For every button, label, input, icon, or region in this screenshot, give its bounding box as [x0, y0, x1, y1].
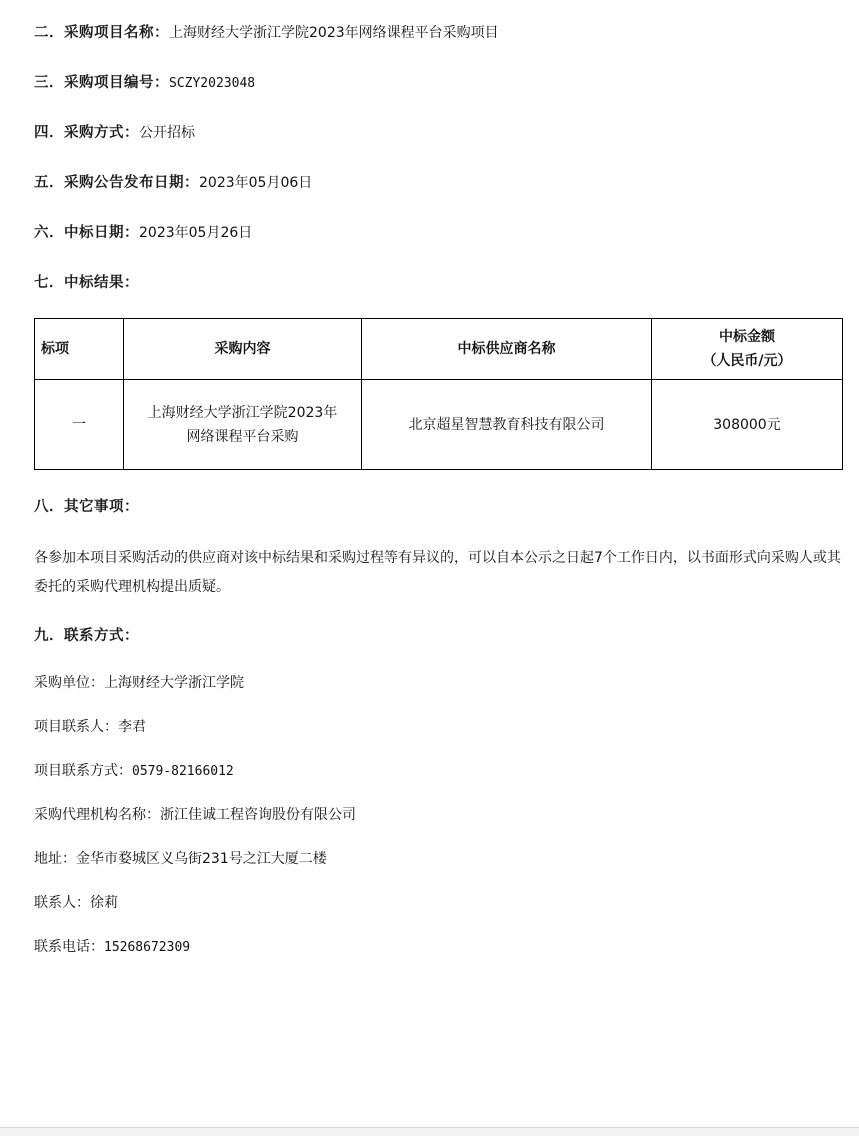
- contact-value: 上海财经大学浙江学院: [104, 675, 244, 691]
- contact-label: 采购单位：: [34, 675, 104, 691]
- contact-agency-name: 采购代理机构名称：浙江佳诚工程咨询股份有限公司: [34, 805, 356, 825]
- contact-value: 李君: [118, 719, 146, 735]
- section-project-name: 二．采购项目名称：上海财经大学浙江学院2023年网络课程平台采购项目: [34, 23, 499, 43]
- section-other-matters: 八．其它事项：: [34, 497, 139, 517]
- header-supplier: 中标供应商名称: [362, 319, 652, 380]
- procurement-method-value: 公开招标: [139, 125, 195, 141]
- project-number-value: SCZY2023048: [169, 76, 255, 91]
- contact-project-person: 项目联系人：李君: [34, 717, 146, 737]
- publish-date-value: 2023年05月06日: [199, 175, 312, 191]
- contact-person: 联系人：徐莉: [34, 893, 118, 913]
- cell-supplier: 北京超星智慧教育科技有限公司: [362, 380, 652, 470]
- contact-value: 徐莉: [90, 895, 118, 911]
- contact-value: 金华市婺城区义乌街231号之江大厦二楼: [76, 851, 327, 867]
- contact-label: 地址：: [34, 851, 76, 867]
- section-label: 六．中标日期：: [34, 225, 139, 241]
- cell-amount: 308000元: [652, 380, 843, 470]
- cell-item: 一: [35, 380, 124, 470]
- table-row: 一 上海财经大学浙江学院2023年 网络课程平台采购 北京超星智慧教育科技有限公…: [35, 380, 843, 470]
- section-award-date: 六．中标日期：2023年05月26日: [34, 223, 252, 243]
- contact-address: 地址：金华市婺城区义乌街231号之江大厦二楼: [34, 849, 327, 869]
- award-date-value: 2023年05月26日: [139, 225, 252, 241]
- contact-label: 项目联系人：: [34, 719, 118, 735]
- section-publish-date: 五．采购公告发布日期：2023年05月06日: [34, 173, 312, 193]
- contact-label: 联系人：: [34, 895, 90, 911]
- header-item: 标项: [35, 319, 124, 380]
- section-project-number: 三．采购项目编号：SCZY2023048: [34, 73, 255, 93]
- contact-purchaser: 采购单位：上海财经大学浙江学院: [34, 673, 244, 693]
- contact-value: 0579-82166012: [132, 764, 234, 779]
- award-result-table: 标项 采购内容 中标供应商名称 中标金额 （人民币/元） 一 上海财经大学浙江学…: [34, 318, 843, 470]
- cell-content-line2: 网络课程平台采购: [130, 425, 355, 449]
- header-amount: 中标金额 （人民币/元）: [652, 319, 843, 380]
- contact-label: 采购代理机构名称：: [34, 807, 160, 823]
- section-label: 五．采购公告发布日期：: [34, 175, 199, 191]
- contact-value: 15268672309: [104, 940, 190, 955]
- project-name-value: 上海财经大学浙江学院2023年网络课程平台采购项目: [169, 25, 499, 41]
- cell-content-line1: 上海财经大学浙江学院2023年: [130, 401, 355, 425]
- contact-value: 浙江佳诚工程咨询股份有限公司: [160, 807, 356, 823]
- section-label: 七．中标结果：: [34, 275, 139, 291]
- header-amount-line1: 中标金额: [658, 325, 836, 349]
- contact-label: 项目联系方式：: [34, 763, 132, 779]
- header-amount-line2: （人民币/元）: [658, 349, 836, 373]
- section-award-result: 七．中标结果：: [34, 273, 139, 293]
- section-label: 八．其它事项：: [34, 499, 139, 515]
- cell-content: 上海财经大学浙江学院2023年 网络课程平台采购: [124, 380, 362, 470]
- header-content: 采购内容: [124, 319, 362, 380]
- contact-phone: 联系电话：15268672309: [34, 937, 190, 957]
- section-procurement-method: 四．采购方式：公开招标: [34, 123, 195, 143]
- other-matters-text: 各参加本项目采购活动的供应商对该中标结果和采购过程等有异议的，可以自本公示之日起…: [34, 544, 842, 602]
- table-header-row: 标项 采购内容 中标供应商名称 中标金额 （人民币/元）: [35, 319, 843, 380]
- contact-label: 联系电话：: [34, 939, 104, 955]
- section-label: 三．采购项目编号：: [34, 75, 169, 91]
- section-label: 九．联系方式：: [34, 628, 139, 644]
- page-bottom-bar: [0, 1127, 859, 1136]
- section-contact: 九．联系方式：: [34, 626, 139, 646]
- section-label: 二．采购项目名称：: [34, 25, 169, 41]
- section-label: 四．采购方式：: [34, 125, 139, 141]
- contact-project-phone: 项目联系方式：0579-82166012: [34, 761, 234, 781]
